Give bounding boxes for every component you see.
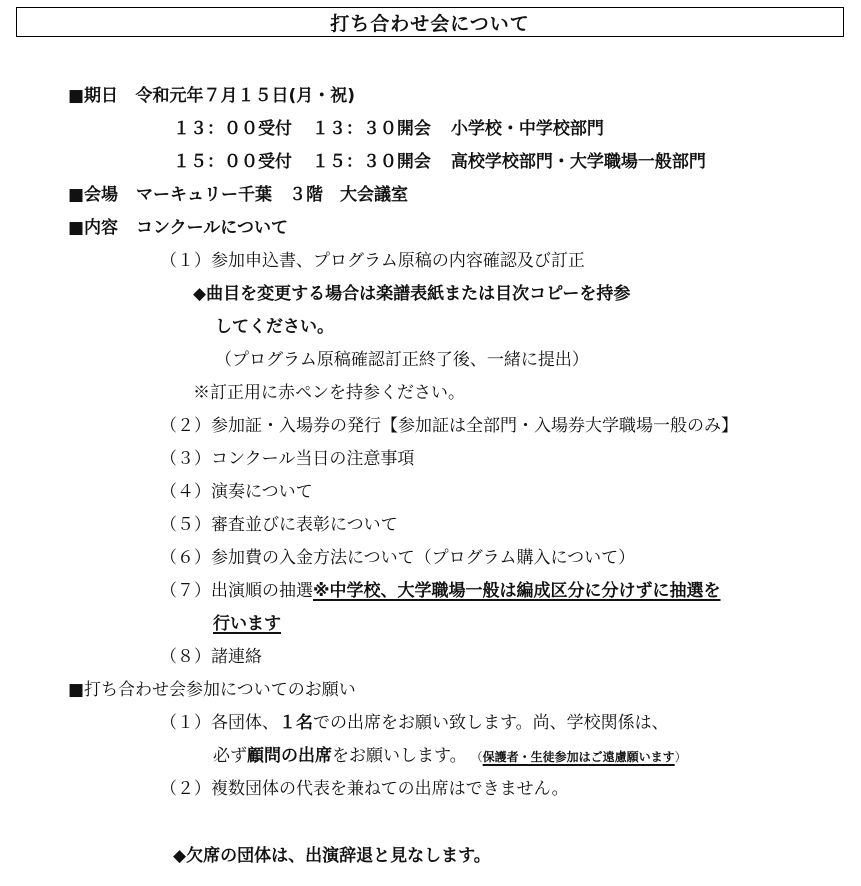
item-note: 【参加証は全部門・入場券大学職場一般のみ】 <box>381 416 738 436</box>
item1-pen-note: ※訂正用に赤ペンを持参ください。 <box>193 382 465 404</box>
item-text: 参加費の入金方法について（プログラム購入について） <box>211 548 635 568</box>
content-item-4: （４）演奏について <box>160 481 313 503</box>
session-row-2: １５：００受付 １５：３０開会 高校学校部門・大学職場一般部門 <box>173 151 706 173</box>
content-label: ■内容 <box>68 218 118 238</box>
item-number: （１） <box>160 713 211 733</box>
item-number: （７） <box>160 581 211 601</box>
request-item-1-line2: 必ず顧問の出席をお願いします。（保護者・生徒参加はご遠慮願います） <box>213 745 687 768</box>
page-title: 打ち合わせ会について <box>330 9 530 36</box>
session-opening: １５：３０開会 <box>312 152 431 172</box>
request-text: をお願いします。 <box>332 746 467 766</box>
session-row-1: １３：００受付 １３：３０開会 小学校・中学校部門 <box>173 118 604 140</box>
session-division: 高校学校部門・大学職場一般部門 <box>451 152 706 172</box>
venue-value: マーキュリー千葉 ３階 大会議室 <box>136 185 408 205</box>
content-value: コンクールについて <box>136 218 288 238</box>
item1-bold-note-1: ◆曲目を変更する場合は楽譜表紙または目次コピーを持参 <box>193 283 630 305</box>
small-paren: ） <box>675 750 687 764</box>
item-text: 出演順の抽選 <box>211 581 313 601</box>
item-number: （６） <box>160 548 211 568</box>
item-number: （５） <box>160 515 211 535</box>
content-item-6: （６）参加費の入金方法について（プログラム購入について） <box>160 547 635 569</box>
date-value: 令和元年７月１５日(月・祝) <box>135 86 355 106</box>
item-number: （８） <box>160 647 211 667</box>
session-reception: １５：００受付 <box>173 152 292 172</box>
content-item-2: （２）参加証・入場券の発行【参加証は全部門・入場券大学職場一般のみ】 <box>160 415 738 437</box>
request-text: での出席をお願い致します。尚、学校関係は、 <box>313 713 669 733</box>
item-text: 参加証・入場券の発行 <box>211 416 381 436</box>
title-box: 打ち合わせ会について <box>16 7 844 37</box>
footer-note: ◆欠席の団体は、出演辞退と見なします。 <box>173 845 491 867</box>
content-item-1: （１）参加申込書、プログラム原稿の内容確認及び訂正 <box>160 250 585 272</box>
session-division: 小学校・中学校部門 <box>451 119 604 139</box>
item-text: 諸連絡 <box>211 647 262 667</box>
item-number: （３） <box>160 449 211 469</box>
item1-paren-note: （プログラム原稿確認訂正終了後、一緒に提出） <box>215 349 589 371</box>
request-bold: 顧問の出席 <box>247 746 332 766</box>
item-text: コンクール当日の注意事項 <box>211 449 414 469</box>
request-item-1: （１）各団体、１名での出席をお願い致します。尚、学校関係は、 <box>160 712 669 734</box>
request-bold: １名 <box>279 713 313 733</box>
request-text: 必ず <box>213 746 247 766</box>
content-item-3: （３）コンクール当日の注意事項 <box>160 448 414 470</box>
content-item-5: （５）審査並びに表彰について <box>160 514 398 536</box>
item-text: 参加申込書、プログラム原稿の内容確認及び訂正 <box>211 251 585 271</box>
item7-emphasis-line2: 行います <box>213 613 281 635</box>
date-label: ■期日 <box>68 86 118 106</box>
content-item-8: （８）諸連絡 <box>160 646 262 668</box>
item-text: 審査並びに表彰について <box>211 515 398 535</box>
item1-bold-note-2: してください。 <box>215 316 334 338</box>
session-opening: １３：３０開会 <box>312 119 431 139</box>
item-text: 複数団体の代表を兼ねての出席はできません。 <box>211 779 569 799</box>
item-text: 演奏について <box>211 482 313 502</box>
requests-heading: ■打ち合わせ会参加についてのお願い <box>68 679 356 701</box>
date-row: ■期日 令和元年７月１５日(月・祝) <box>68 85 355 107</box>
content-row: ■内容 コンクールについて <box>68 217 288 239</box>
session-reception: １３：００受付 <box>173 119 292 139</box>
request-text: 各団体、 <box>211 713 279 733</box>
item-number: （１） <box>160 251 211 271</box>
item-emphasis: ※中学校、大学職場一般は編成区分に分けずに抽選を <box>313 581 721 601</box>
content-item-7: （７）出演順の抽選※中学校、大学職場一般は編成区分に分けずに抽選を <box>160 580 721 602</box>
item-number: （２） <box>160 779 211 799</box>
request-item-2: （２）複数団体の代表を兼ねての出席はできません。 <box>160 778 569 800</box>
venue-label: ■会場 <box>68 185 118 205</box>
item-number: （４） <box>160 482 211 502</box>
item-number: （２） <box>160 416 211 436</box>
venue-row: ■会場 マーキュリー千葉 ３階 大会議室 <box>68 184 408 206</box>
small-note: 保護者・生徒参加はご遠慮願います <box>483 750 675 764</box>
